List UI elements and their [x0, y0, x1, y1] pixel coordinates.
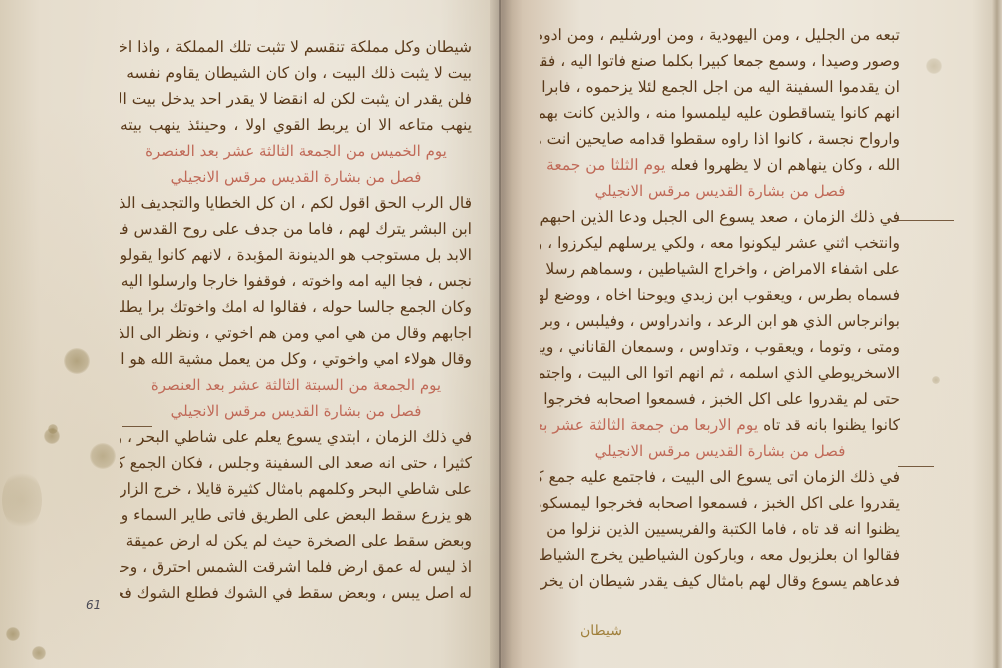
- rubric-heading: فصل من بشارة القديس مرقس الانجيلي: [540, 178, 900, 204]
- right-page: تبعه من الجليل ، ومن اليهودية ، ومن اورش…: [500, 0, 1002, 668]
- left-text-block: شيطان وكل مملكة تنقسم لا تثبت تلك المملك…: [120, 34, 472, 606]
- ink-stain: [2, 470, 42, 530]
- text-line: في ذلك الزمان ، صعد يسوع الى الجبل ودعا …: [540, 204, 900, 230]
- text-line: الله ، وكان ينهاهم ان لا يظهروا فعله يوم…: [540, 152, 900, 178]
- text-line: وصور وصيدا ، وسمع جمعا كبيرا بكلما صنع ف…: [540, 48, 900, 74]
- section-marker-line: [898, 466, 934, 467]
- text-line: بيت لا يثبت ذلك البيت ، وان كان الشيطان …: [120, 60, 472, 86]
- text-line: فقالوا ان بعلزبول معه ، وباركون الشياطين…: [540, 542, 900, 568]
- ink-stain: [48, 424, 58, 434]
- text-line: على شاطي البحر وكلمهم بامثال كثيرة قايلا…: [120, 476, 472, 502]
- text-line: فلن يقدر ان يثبت لكن له انقضا لا يقدر اح…: [120, 86, 472, 112]
- text-segment: كانوا يظنوا بانه قد تاه: [763, 416, 900, 434]
- rubric-heading: يوم الثلثا من جمعة الثالثة عشر بعد العنص…: [540, 156, 665, 174]
- text-line: اجابهم وقال من هي امي ومن هم اخوتي ، ونظ…: [120, 320, 472, 346]
- ink-stain: [32, 646, 46, 660]
- text-line: ان يقدموا السفينة اليه من اجل الجمع لئلا…: [540, 74, 900, 100]
- text-line: وانتخب اثني عشر ليكونوا معه ، ولكي يرسله…: [540, 230, 900, 256]
- text-line: تبعه من الجليل ، ومن اليهودية ، ومن اورش…: [540, 22, 900, 48]
- text-line: بوانرجاس الذي هو ابن الرعد ، واندراوس ، …: [540, 308, 900, 334]
- ink-stain: [932, 376, 940, 384]
- text-line: يقدروا على اكل الخبز ، فسمعوا اصحابه فخر…: [540, 490, 900, 516]
- rubric-heading: فصل من بشارة القديس مرقس الانجيلي: [120, 164, 472, 190]
- ink-stain: [6, 627, 20, 641]
- rubric-heading: يوم الاربعا من جمعة الثالثة عشر بعد العن…: [540, 416, 758, 434]
- text-line: وارواح نجسة ، كانوا اذا راوه سقطوا قدامه…: [540, 126, 900, 152]
- ink-stain: [926, 58, 942, 74]
- text-line: كانوا يظنوا بانه قد تاه يوم الاربعا من ج…: [540, 412, 900, 438]
- ink-stain: [64, 348, 90, 374]
- text-line: الاسخريوطي الذي اسلمه ، ثم انهم اتوا الى…: [540, 360, 900, 386]
- text-line: ينهب متاعه الا ان يربط القوي اولا ، وحين…: [120, 112, 472, 138]
- text-line: حتى لم يقدروا على اكل الخبز ، فسمعوا اصح…: [540, 386, 900, 412]
- catchword: شيطان: [580, 623, 622, 639]
- left-page: شيطان وكل مملكة تنقسم لا تثبت تلك المملك…: [0, 0, 500, 668]
- text-line: ابن البشر يترك لهم ، فاما من جدف على روح…: [120, 216, 472, 242]
- text-line: في ذلك الزمان اتى يسوع الى البيت ، فاجتم…: [540, 464, 900, 490]
- section-marker-line: [898, 220, 954, 221]
- text-line: على اشفاء الامراض ، واخراج الشياطين ، وس…: [540, 256, 900, 282]
- text-line: شيطان وكل مملكة تنقسم لا تثبت تلك المملك…: [120, 34, 472, 60]
- text-line: يظنوا انه قد تاه ، فاما الكتبة والفريسيي…: [540, 516, 900, 542]
- text-segment: الله ، وكان ينهاهم ان لا يظهروا فعله: [670, 156, 900, 174]
- gutter-fold: [499, 0, 501, 668]
- text-line: نجس ، فجا اليه امه واخوته ، فوقفوا خارجا…: [120, 268, 472, 294]
- ink-stain: [90, 443, 116, 469]
- text-line: انهم كانوا يتساقطون عليه ليلمسوا منه ، و…: [540, 100, 900, 126]
- manuscript-spread: شيطان وكل مملكة تنقسم لا تثبت تلك المملك…: [0, 0, 1002, 668]
- text-line: الابد بل مستوجب هو الدينونة المؤبدة ، لا…: [120, 242, 472, 268]
- text-line: وبعض سقط على الصخرة حيث لم يكن له ارض عم…: [120, 528, 472, 554]
- page-fore-edge: [992, 0, 1002, 668]
- text-line: ومتى ، وتوما ، ويعقوب ، وتداوس ، وسمعان …: [540, 334, 900, 360]
- right-text-block: تبعه من الجليل ، ومن اليهودية ، ومن اورش…: [540, 22, 900, 594]
- folio-number: 61: [86, 598, 101, 612]
- text-line: له اصل يبس ، وبعض سقط في الشوك فطلع الشو…: [120, 580, 472, 606]
- rubric-heading: فصل من بشارة القديس مرقس الانجيلي: [120, 398, 472, 424]
- section-marker-line: [122, 426, 152, 427]
- text-line: فدعاهم يسوع وقال لهم بامثال كيف يقدر شيط…: [540, 568, 900, 594]
- text-line: وكان الجمع جالسا حوله ، فقالوا له امك وا…: [120, 294, 472, 320]
- text-line: قال الرب الحق اقول لكم ، ان كل الخطايا و…: [120, 190, 472, 216]
- rubric-heading: فصل من بشارة القديس مرقس الانجيلي: [540, 438, 900, 464]
- text-line: في ذلك الزمان ، ابتدي يسوع يعلم على شاطي…: [120, 424, 472, 450]
- book-gutter: [490, 0, 522, 668]
- rubric-heading: يوم الجمعة من السبتة الثالثة عشر بعد الع…: [120, 372, 472, 398]
- rubric-heading: يوم الخميس من الجمعة الثالثة عشر بعد الع…: [120, 138, 472, 164]
- text-line: اذ ليس له عمق ارض فلما اشرقت الشمس احترق…: [120, 554, 472, 580]
- text-line: وقال هولاء امي واخوتي ، وكل من يعمل مشية…: [120, 346, 472, 372]
- text-line: فسماه بطرس ، ويعقوب ابن زبدي ويوحنا اخاه…: [540, 282, 900, 308]
- text-line: هو يزرع سقط البعض على الطريق فاتى طاير ا…: [120, 502, 472, 528]
- text-line: كثيرا ، حتى انه صعد الى السفينة وجلس ، ف…: [120, 450, 472, 476]
